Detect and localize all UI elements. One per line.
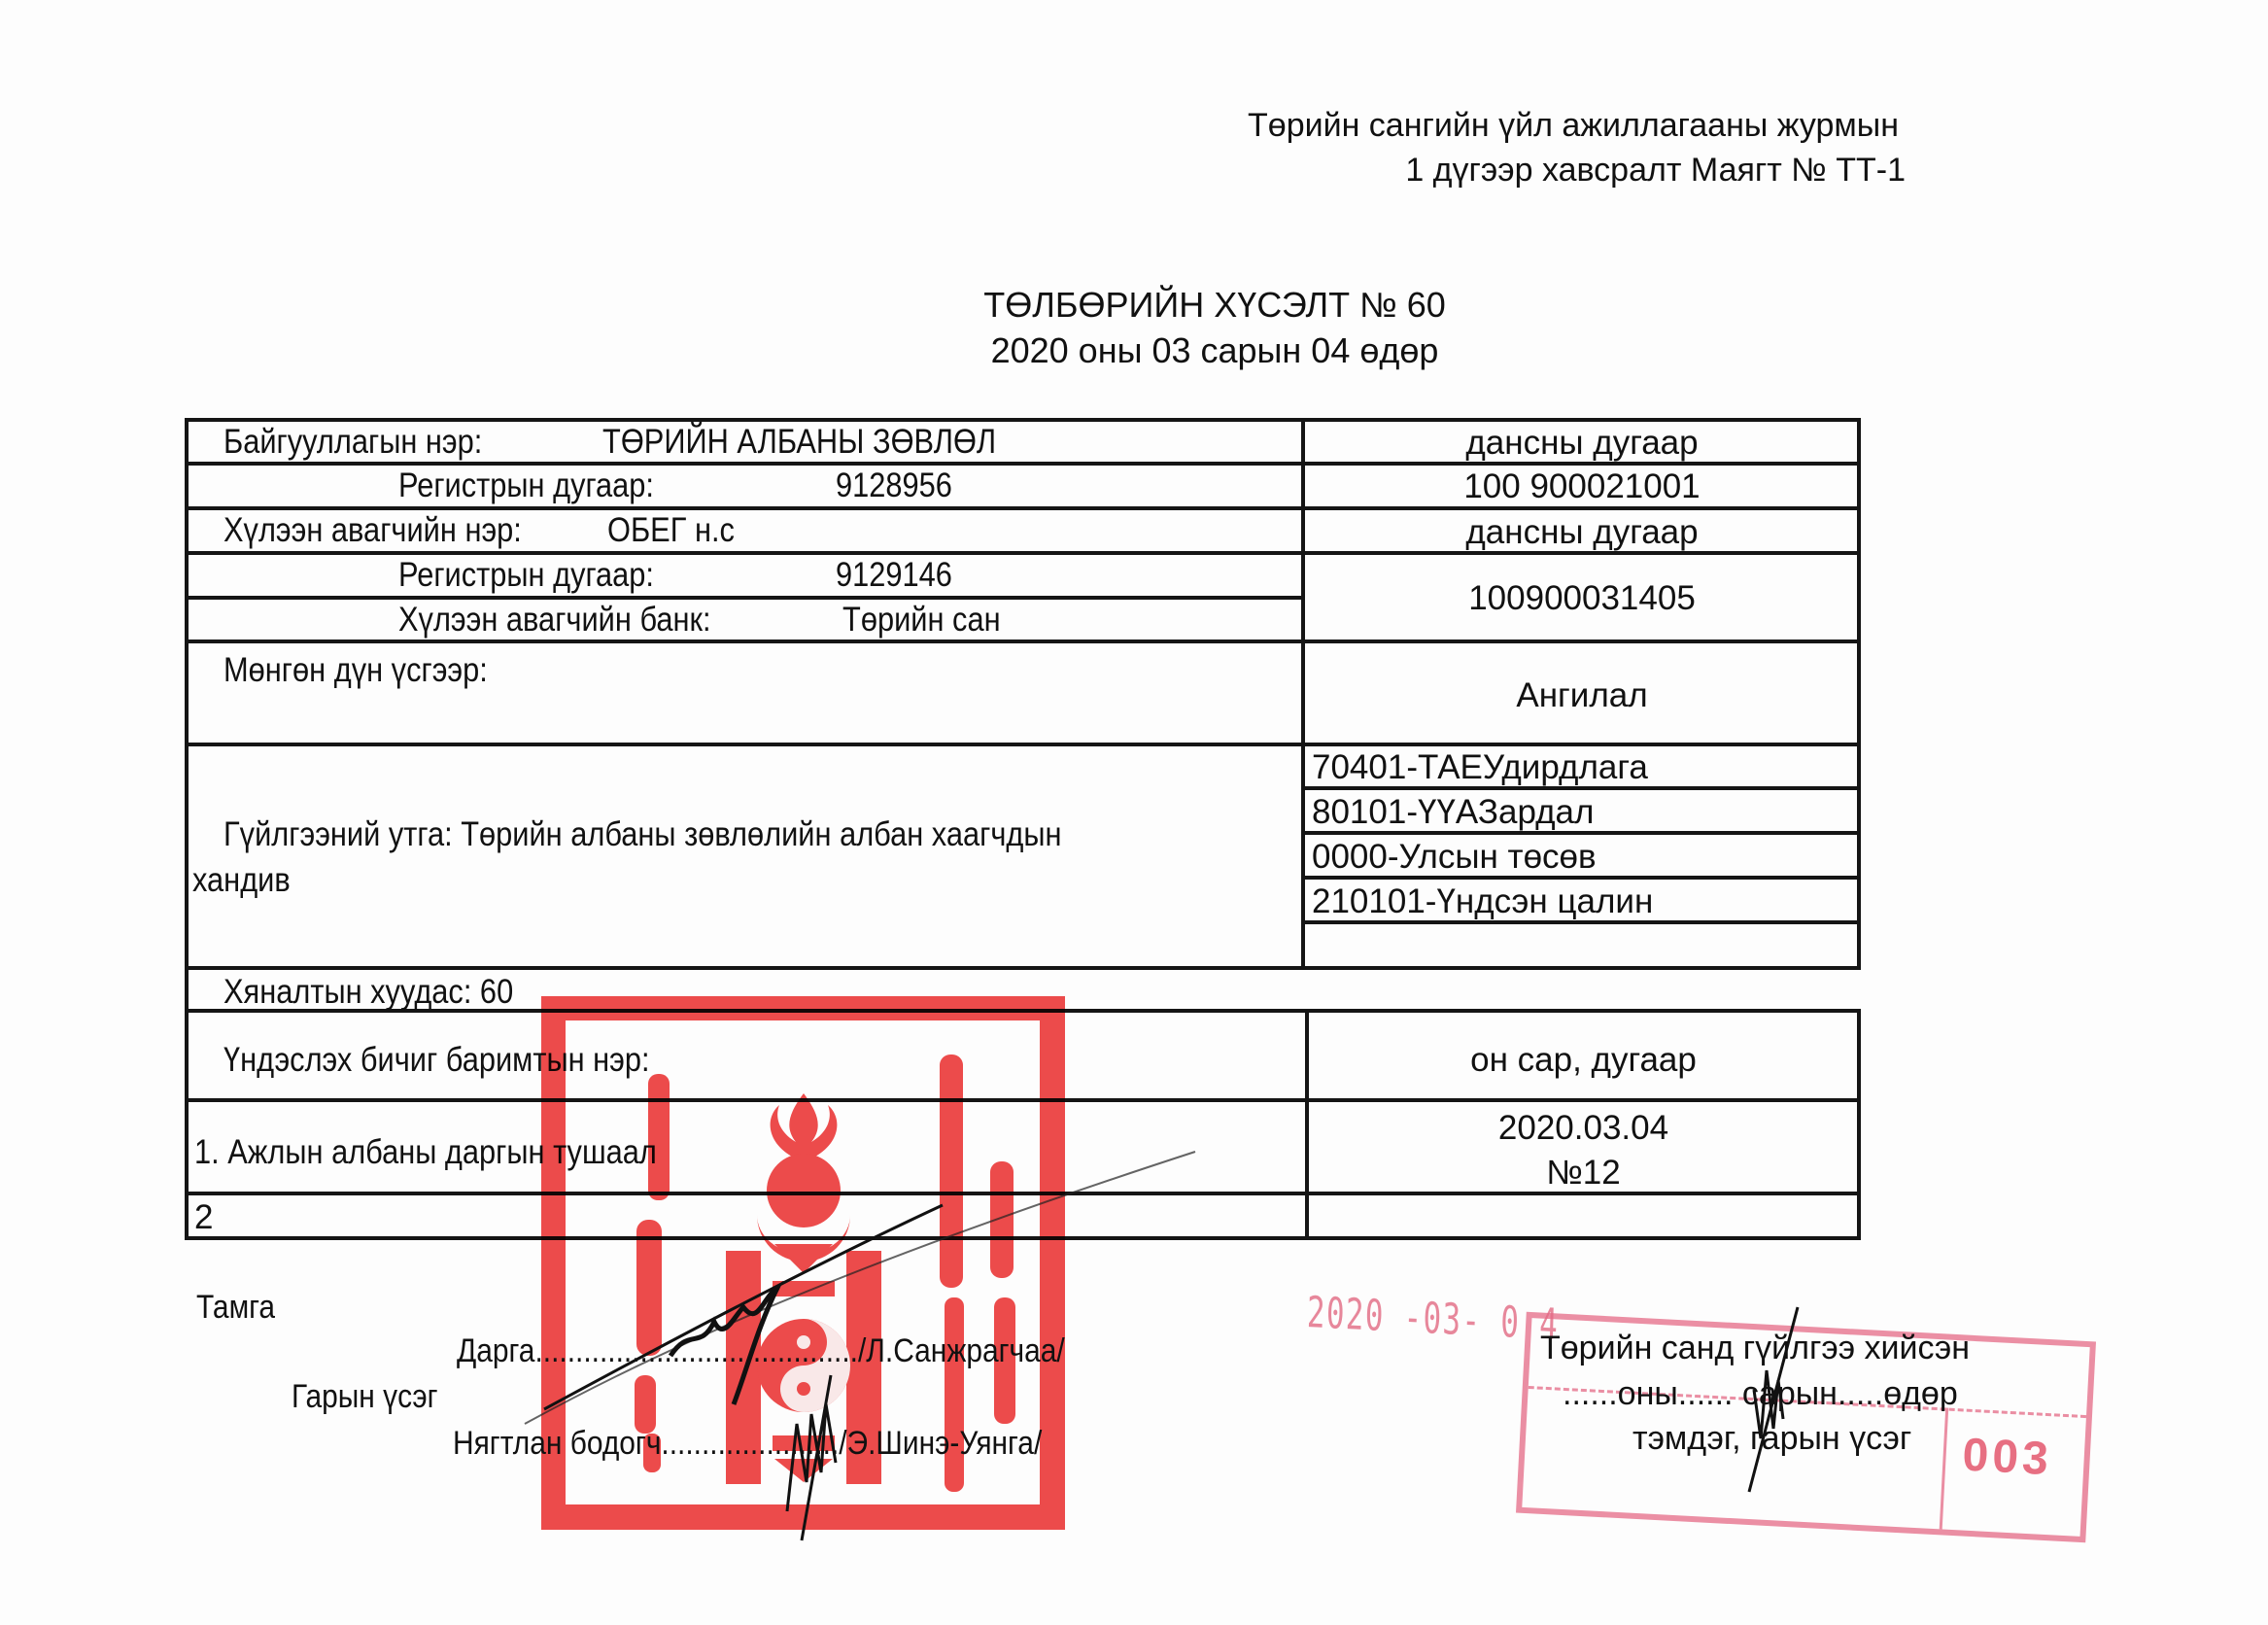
date-stamp: 2020 -03- 0 4 [1306,1288,1559,1350]
classification-item: 70401-ТАЕУдирдлага [1312,750,1648,784]
recipient-name-label: Хүлээн авагчийн нэр: [223,513,522,547]
row-line [1301,786,1861,790]
basis-document-2-name: 2 [194,1200,213,1234]
seal-label: Тамга [196,1291,275,1324]
document-date: 2020 оны 03 сарын 04 өдөр [875,330,1555,371]
row-line [1301,876,1861,880]
basis-document-1-date: 2020.03.04 [1309,1111,1858,1145]
row-line [185,596,1302,600]
regulation-reference: Төрийн сангийн үйл ажиллагааны журмын [1248,107,1899,145]
reg-number-label-1: Регистрын дугаар: [398,468,654,502]
transaction-purpose-line1: Гүйлгээний утга: Төрийн албаны зөвлөлийн… [223,817,1062,851]
classification-item: 210101-Үндсэн цалин [1312,884,1653,918]
row-line [185,640,1861,643]
director-signature-line: Дарга...................................… [457,1334,1065,1367]
account-number-value-2: 100900031405 [1305,581,1859,615]
row-line [185,966,1861,970]
reg-number-value-1: 9128956 [836,468,952,502]
row-line [185,462,1861,466]
classification-label: Ангилал [1305,678,1859,712]
accountant-signature-line: Нягтлан бодогч....................../Э.Ш… [453,1427,1042,1460]
row-line [185,418,1861,422]
control-sheet: Хяналтын хуудас: 60 [223,975,513,1009]
basis-document-1-number: №12 [1309,1156,1858,1190]
row-line [185,551,1861,555]
account-number-label-2: дансны дугаар [1305,515,1859,549]
document-title: ТӨЛБӨРИЙН ХҮСЭЛТ № 60 [875,285,1555,326]
reg-number-label-2: Регистрын дугаар: [398,558,654,592]
signature-label: Гарын үсэг [292,1380,438,1413]
director-signature-icon [515,1132,1215,1463]
recipient-name-value: ОБЕГ н.с [607,513,735,547]
classification-item: 80101-ҮҮАЗардал [1312,795,1594,829]
row-line [1301,920,1861,924]
table-border-left [185,418,189,968]
date-number-label: он сар, дугаар [1309,1043,1858,1077]
recipient-bank-value: Төрийн сан [842,603,1001,637]
reg-number-value-2: 9129146 [836,558,952,592]
account-number-label-1: дансны дугаар [1305,426,1859,460]
org-name-label: Байгууллагын нэр: [223,425,482,459]
org-name-value: ТӨРИЙН АЛБАНЫ ЗӨВЛӨЛ [602,425,996,459]
table-border-left [185,966,189,1240]
recipient-bank-label: Хүлээн авагчийн банк: [398,603,711,637]
stamp-number: 003 [1961,1429,2053,1487]
transaction-purpose-line2: хандив [192,863,291,897]
form-code: 1 дүгээр хавсралт Маягт № ТТ-1 [1405,152,1906,190]
treasury-signature-icon [1739,1302,1807,1497]
stamp-divider [1940,1407,1949,1529]
row-line [185,743,1861,746]
classification-item: 0000-Улсын төсөв [1312,840,1597,874]
amount-in-words-label: Мөнгөн дүн үсгээр: [223,653,488,687]
row-line [185,506,1861,510]
row-line [1301,831,1861,835]
account-number-value-1: 100 900021001 [1305,469,1859,503]
